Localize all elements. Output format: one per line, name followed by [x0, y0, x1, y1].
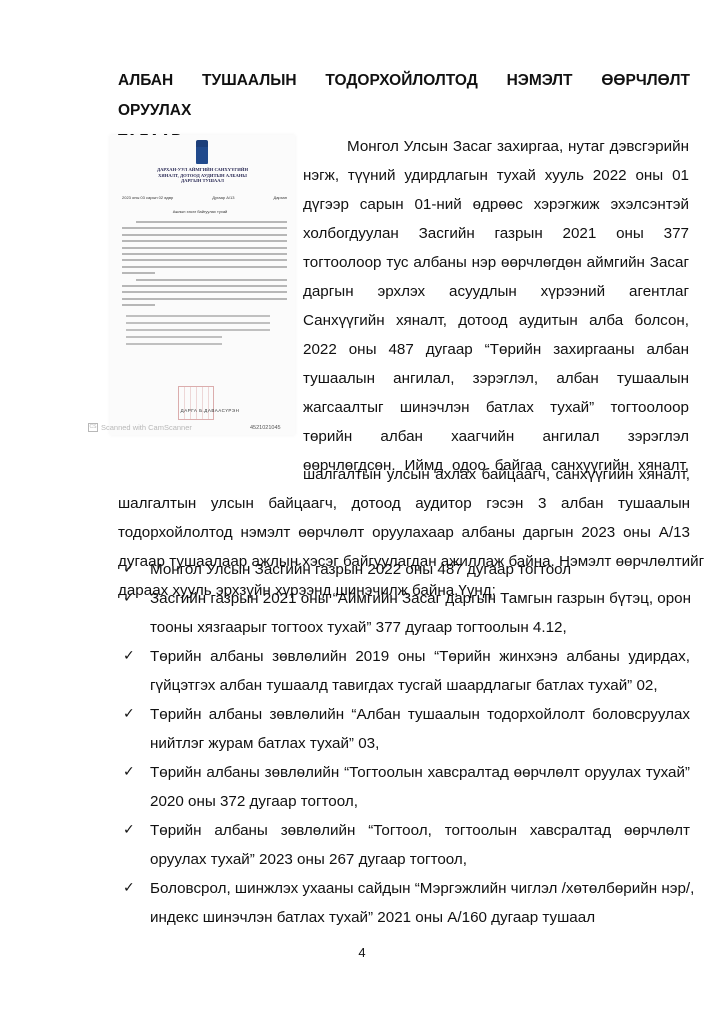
camscanner-icon: CS: [88, 423, 98, 432]
text-line: холбогдуулан Засгийн газрын 2021 оны 377: [303, 219, 689, 248]
list-item-text: Төрийн албаны зөвлөлийн “Албан тушаалын …: [150, 700, 690, 729]
list-item-text: оруулах тухай” 2023 оны 267 дугаар тогто…: [150, 845, 690, 874]
checkmark-icon: ✓: [123, 758, 135, 787]
text-line: жагсаалтыг шинэчлэн батлах тухай” тогтоо…: [303, 393, 689, 422]
scan-text-line: [122, 259, 287, 261]
scanned-order-image: ДАРХАН-УУЛ АЙМГИЙН САНХҮҮГИЙН ХЯНАЛТ, ДО…: [110, 135, 295, 435]
heading-line-1: АЛБАН ТУШААЛЫН ТОДОРХОЙЛОЛТОД НЭМЭЛТ ӨӨР…: [118, 66, 690, 126]
paragraph-intro: Монгол Улсын Засаг захиргаа, нутаг дэвсг…: [303, 132, 689, 480]
list-item-text: Боловсрол, шинжлэх ухааны сайдын “Мэргэж…: [150, 874, 690, 903]
list-item-text: гүйцэтгэх албан тушаалд тавигдах тусгай …: [150, 671, 690, 700]
scan-member-line: [126, 336, 222, 338]
scan-org-name: ДАРХАН-УУЛ АЙМГИЙН САНХҮҮГИЙН ХЯНАЛТ, ДО…: [130, 167, 275, 184]
list-item-text: Төрийн албаны зөвлөлийн “Тогтоол, тогтоо…: [150, 816, 690, 845]
watermark-text: Scanned with CamScanner: [101, 423, 192, 432]
text-line: тушаалын ангилал, зэрэглэл, албан тушаал…: [303, 364, 689, 393]
scan-members-list: [126, 315, 286, 350]
scan-signature: ДАРГА Б.ДАВААСҮРЭН: [150, 408, 270, 413]
scan-text-line: [122, 272, 155, 274]
scan-member-line: [126, 329, 270, 331]
checkmark-icon: ✓: [123, 816, 135, 845]
text-line: тодорхойлолтод нэмэлт өөрчлөлт оруулахаа…: [118, 518, 690, 547]
scan-text-line: [122, 253, 287, 255]
scan-meta: 2023 оны 03 сарын 02 өдөр Дугаар А/13 Да…: [122, 195, 287, 200]
list-item: ✓Төрийн албаны зөвлөлийн “Албан тушаалын…: [120, 700, 690, 758]
text-line: Санхүүгийн хяналт, дотоод аудитын алба б…: [303, 306, 689, 335]
checkmark-icon: ✓: [123, 700, 135, 729]
text-line: шалгалтын улсын ахлах байцаагч, санхүүги…: [118, 460, 690, 489]
scan-subject: Ажлын хэсэг байгуулах тухай: [150, 209, 250, 214]
list-item: ✓Төрийн албаны зөвлөлийн “Тогтоол, тогто…: [120, 816, 690, 874]
state-emblem-icon: [196, 140, 208, 164]
scan-text-line: [136, 279, 287, 281]
scan-text-line: [122, 298, 287, 300]
scan-place: Дархан: [273, 195, 287, 200]
scan-org-line: ДАРГЫН ТУШААЛ: [130, 178, 275, 184]
checkmark-icon: ✓: [123, 642, 135, 671]
scan-text-line: [122, 291, 287, 293]
scan-number: Дугаар А/13: [212, 195, 234, 200]
text-line: шалгалтын улсын байцаагч, дотоод аудитор…: [118, 489, 690, 518]
text-line: дүгээр сарын 01-ний өдрөөс хэрэгжиж эхэл…: [303, 190, 689, 219]
stamp-icon: [178, 386, 214, 420]
checkmark-icon: ✓: [123, 584, 135, 613]
text-line: Монгол Улсын Засаг захиргаа, нутаг дэвсг…: [303, 132, 689, 161]
list-item-text: Засгийн газрын 2021 оны “Аймгийн Засаг д…: [150, 584, 690, 613]
list-item: ✓Төрийн албаны зөвлөлийн “Тогтоолын хавс…: [120, 758, 690, 816]
list-item: ✓Монгол Улсын Засгийн газрын 2022 оны 48…: [120, 555, 690, 584]
scan-text-line: [122, 234, 287, 236]
list-item-text: Монгол Улсын Засгийн газрын 2022 оны 487…: [150, 555, 690, 584]
text-line: нэгж, түүний удирдлагын тухай хууль 2022…: [303, 161, 689, 190]
scan-text-line: [122, 247, 287, 249]
list-item: ✓Боловсрол, шинжлэх ухааны сайдын “Мэргэ…: [120, 874, 690, 932]
text-line: даргын эрхлэх асуудлын хүрээний агентлаг: [303, 277, 689, 306]
scan-member-line: [126, 322, 270, 324]
text-line: 2022 оны 487 дугаар “Төрийн захиргааны а…: [303, 335, 689, 364]
list-item: ✓Засгийн газрын 2021 оны “Аймгийн Засаг …: [120, 584, 690, 642]
list-item-text: Төрийн албаны зөвлөлийн “Тогтоолын хавср…: [150, 758, 690, 787]
scan-text-line: [122, 227, 287, 229]
scan-date: 2023 оны 03 сарын 02 өдөр: [122, 195, 173, 200]
scan-text-line: [122, 240, 287, 242]
scan-text-line: [136, 221, 287, 223]
text-line: төрийн албан хаагчийн ангилал зэрэглэл: [303, 422, 689, 451]
checkmark-icon: ✓: [123, 555, 135, 584]
scan-member-line: [126, 343, 222, 345]
legal-basis-list: ✓Монгол Улсын Засгийн газрын 2022 оны 48…: [120, 555, 690, 932]
scan-member-line: [126, 315, 270, 317]
list-item-text: индекс шинэчлэн батлах тухай” 2021 оны А…: [150, 903, 690, 932]
scan-doc-number: 4521021045: [250, 425, 281, 431]
text-line: тогтоолоор тус албаны нэр өөрчлөгдөн айм…: [303, 248, 689, 277]
scan-text-line: [122, 285, 287, 287]
list-item: ✓Төрийн албаны зөвлөлийн 2019 оны “Төрий…: [120, 642, 690, 700]
list-item-text: 2020 оны 372 дугаар тогтоол,: [150, 787, 690, 816]
scan-text-line: [122, 266, 287, 268]
checkmark-icon: ✓: [123, 874, 135, 903]
page-number: 4: [0, 945, 724, 960]
list-item-text: нийтлэг журам батлах тухай” 03,: [150, 729, 690, 758]
scan-body-text: [122, 221, 287, 310]
list-item-text: Төрийн албаны зөвлөлийн 2019 оны “Төрийн…: [150, 642, 690, 671]
list-item-text: тооны хязгаарыг тогтоох тухай” 377 дугаа…: [150, 613, 690, 642]
scan-text-line: [122, 304, 155, 306]
camscanner-watermark: CS Scanned with CamScanner: [88, 423, 192, 432]
